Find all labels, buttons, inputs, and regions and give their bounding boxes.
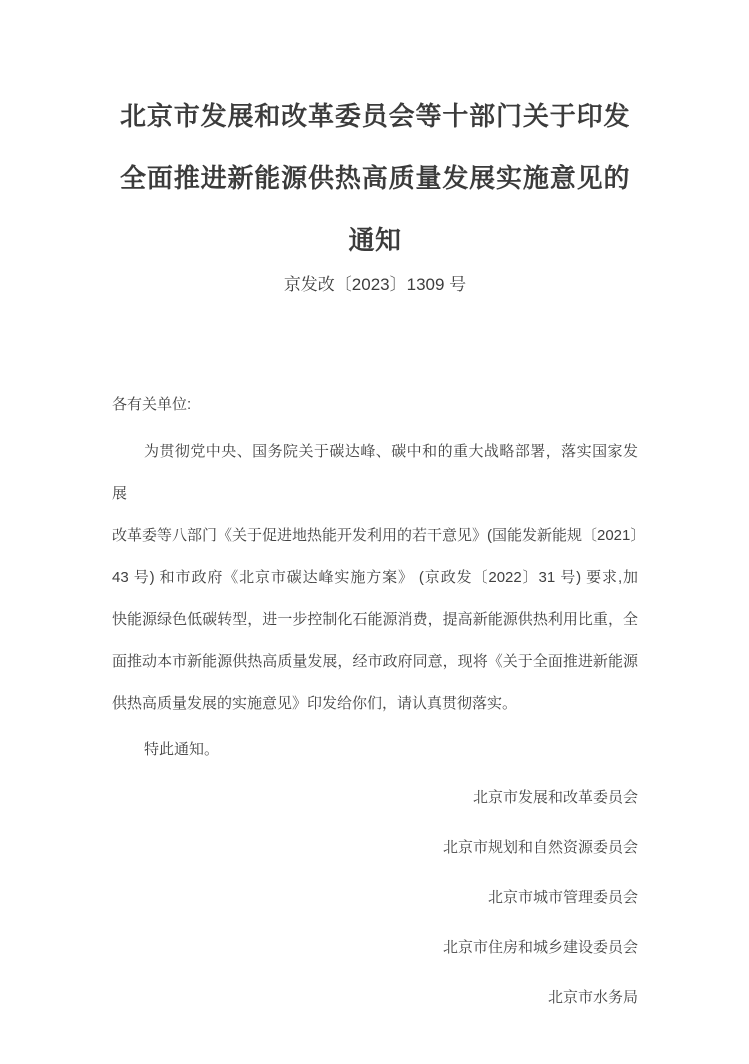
document-page: 北京市发展和改革委员会等十部门关于印发 全面推进新能源供热高质量发展实施意见的 … [0, 0, 749, 1064]
closing-note: 特此通知。 [112, 729, 638, 771]
body-line-6: 供热高质量发展的实施意见》印发给你们，请认真贯彻落实。 [112, 683, 638, 725]
body-line-5: 面推动本市新能源供热高质量发展，经市政府同意，现将《关于全面推进新能源 [112, 641, 638, 683]
signature-block: 北京市发展和改革委员会 北京市规划和自然资源委员会 北京市城市管理委员会 北京市… [112, 773, 638, 1023]
salutation: 各有关单位: [112, 384, 638, 425]
signature-housing-urban-rural-development-commission: 北京市住房和城乡建设委员会 [112, 923, 638, 973]
document-number: 京发改〔2023〕1309 号 [112, 273, 638, 297]
title-line-1: 北京市发展和改革委员会等十部门关于印发 [120, 85, 630, 147]
body-line-2: 改革委等八部门《关于促进地热能开发利用的若干意见》(国能发新能规〔2021〕 [112, 515, 638, 557]
body-paragraph: 为贯彻党中央、国务院关于碳达峰、碳中和的重大战略部署，落实国家发展 改革委等八部… [112, 431, 638, 725]
body-line-4: 快能源绿色低碳转型，进一步控制化石能源消费，提高新能源供热利用比重，全 [112, 599, 638, 641]
signature-development-reform-commission: 北京市发展和改革委员会 [112, 773, 638, 823]
signature-planning-natural-resources-commission: 北京市规划和自然资源委员会 [112, 823, 638, 873]
body-line-1: 为贯彻党中央、国务院关于碳达峰、碳中和的重大战略部署，落实国家发展 [112, 431, 638, 515]
document-title: 北京市发展和改革委员会等十部门关于印发 全面推进新能源供热高质量发展实施意见的 … [112, 85, 638, 271]
signature-urban-management-commission: 北京市城市管理委员会 [112, 873, 638, 923]
title-line-2: 全面推进新能源供热高质量发展实施意见的 [120, 147, 630, 209]
title-line-3: 通知 [120, 209, 630, 271]
body-line-3: 43 号) 和市政府《北京市碳达峰实施方案》 (京政发〔2022〕31 号) 要… [112, 557, 638, 599]
signature-water-affairs-bureau: 北京市水务局 [112, 973, 638, 1023]
